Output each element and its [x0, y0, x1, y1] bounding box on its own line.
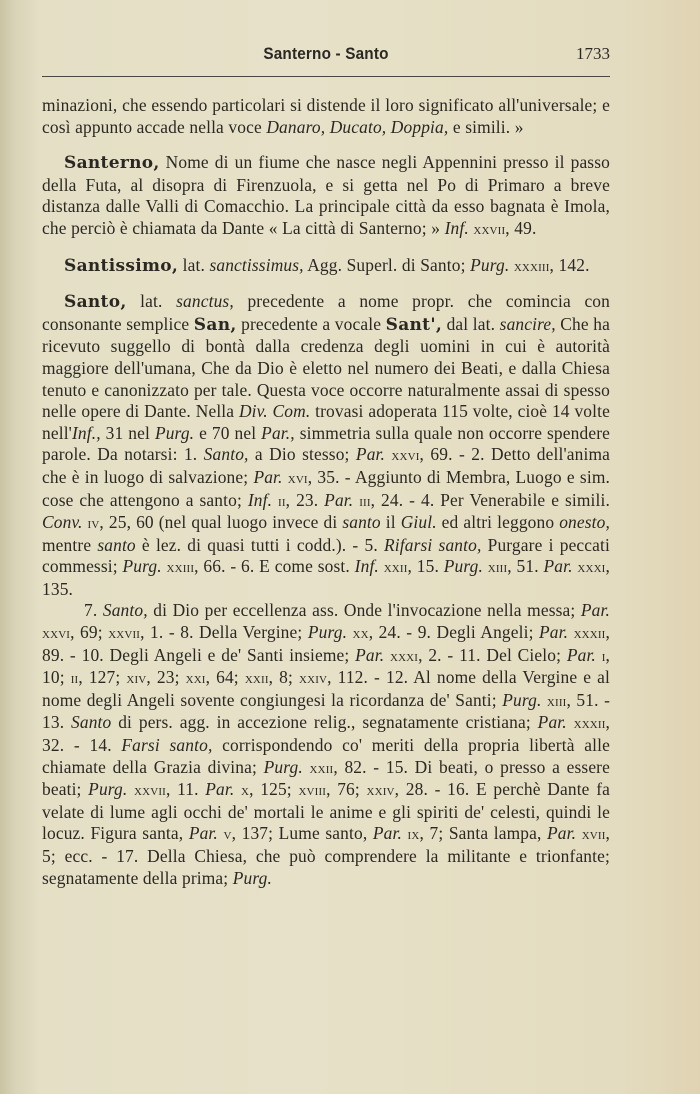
entry-santo: Santo, lat. sanctus, precedente a nome p…	[42, 291, 610, 600]
running-title: Santerno - Santo	[70, 44, 581, 64]
entry-santerno: Santerno, Nome di un fiume che nasce neg…	[42, 152, 610, 240]
continuation-paragraph: minazioni, che essendo particolari si di…	[42, 95, 610, 138]
variant-form: San,	[194, 315, 237, 335]
body-text: minazioni, che essendo particolari si di…	[42, 95, 610, 889]
header-rule	[42, 76, 610, 77]
page-number: 1733	[576, 44, 610, 64]
headword: Santo,	[64, 292, 127, 312]
entry-santo-continued: 7. Santo, di Dio per eccellenza ass. Ond…	[42, 600, 610, 889]
dictionary-page: Santerno - Santo 1733 minazioni, che ess…	[42, 0, 610, 889]
variant-form: Sant',	[386, 315, 442, 335]
entry-santissimo: Santissimo, lat. sanctissimus, Agg. Supe…	[42, 255, 610, 278]
headword: Santissimo,	[64, 256, 178, 276]
headword: Santerno,	[64, 153, 160, 173]
running-head: Santerno - Santo 1733	[42, 44, 610, 76]
